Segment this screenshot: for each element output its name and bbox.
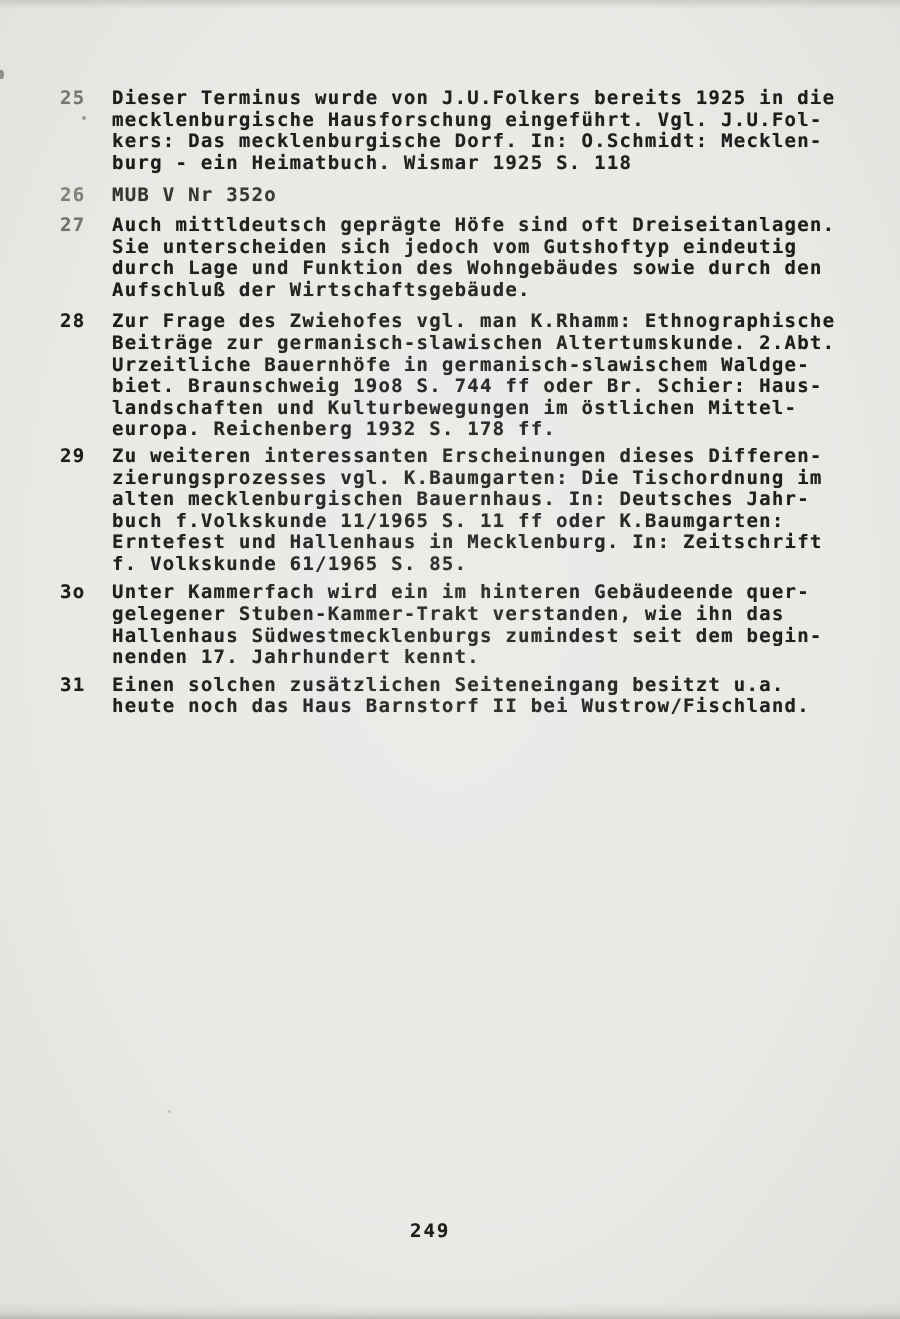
scan-speck	[168, 1110, 171, 1113]
footnote-26: 26 MUB V Nr 352o	[0, 185, 900, 207]
footnote-number: 27	[60, 215, 112, 237]
footnote-text: Zu weiteren interessanten Erscheinungen …	[112, 446, 852, 576]
scanned-document-page: 25 Dieser Terminus wurde von J.U.Folkers…	[0, 0, 900, 1319]
scan-speck	[0, 70, 4, 79]
scan-speck	[82, 116, 86, 120]
page-number: 249	[410, 1220, 450, 1242]
footnote-29: 29 Zu weiteren interessanten Erscheinung…	[0, 446, 900, 576]
footnote-number: 28	[60, 311, 112, 333]
footnote-number: 31	[60, 675, 112, 697]
footnote-25: 25 Dieser Terminus wurde von J.U.Folkers…	[0, 88, 900, 174]
footnote-number: 26	[60, 185, 112, 207]
footnote-28: 28 Zur Frage des Zwiehofes vgl. man K.Rh…	[0, 311, 900, 441]
footnote-text: Zur Frage des Zwiehofes vgl. man K.Rhamm…	[112, 311, 852, 441]
footnote-27: 27 Auch mittldeutsch geprägte Höfe sind …	[0, 215, 900, 301]
footnote-text: Auch mittldeutsch geprägte Höfe sind oft…	[112, 215, 852, 301]
footnotes-list: 25 Dieser Terminus wurde von J.U.Folkers…	[0, 88, 900, 718]
footnote-number: 25	[60, 88, 112, 110]
footnote-30: 3o Unter Kammerfach wird ein im hinteren…	[0, 582, 900, 668]
footnote-text: MUB V Nr 352o	[112, 185, 852, 207]
footnote-31: 31 Einen solchen zusätzlichen Seiteneing…	[0, 675, 900, 718]
footnote-text: Unter Kammerfach wird ein im hinteren Ge…	[112, 582, 852, 668]
footnote-text: Dieser Terminus wurde von J.U.Folkers be…	[112, 88, 852, 174]
footnote-number: 3o	[60, 582, 112, 604]
footnote-text: Einen solchen zusätzlichen Seiteneingang…	[112, 675, 852, 718]
footnote-number: 29	[60, 446, 112, 468]
